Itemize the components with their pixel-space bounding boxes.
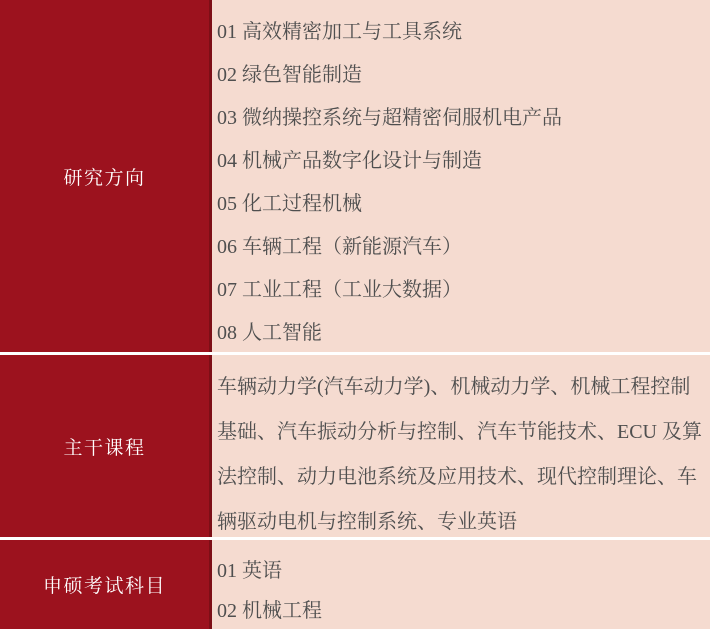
list-item: 01 高效精密加工与工具系统 [217,8,710,51]
exam-subjects-list: 01 英语 02 机械工程 [212,540,710,629]
table-row-exam-subjects: 申硕考试科目 01 英语 02 机械工程 [0,540,710,629]
list-item: 02 绿色智能制造 [217,51,710,94]
table-row-research-directions: 研究方向 01 高效精密加工与工具系统 02 绿色智能制造 03 微纳操控系统与… [0,0,710,355]
list-item: 03 微纳操控系统与超精密伺服机电产品 [217,94,710,137]
list-item: 01 英语 [217,548,710,589]
core-courses-text: 车辆动力学(汽车动力学)、机械动力学、机械工程控制基础、汽车振动分析与控制、汽车… [212,355,710,537]
list-item: 02 机械工程 [217,589,710,629]
list-item: 07 工业工程（工业大数据） [217,266,710,309]
program-info-table: 研究方向 01 高效精密加工与工具系统 02 绿色智能制造 03 微纳操控系统与… [0,0,710,629]
list-item: 08 人工智能 [217,309,710,352]
list-item: 05 化工过程机械 [217,180,710,223]
list-item: 06 车辆工程（新能源汽车） [217,223,710,266]
table-row-core-courses: 主干课程 车辆动力学(汽车动力学)、机械动力学、机械工程控制基础、汽车振动分析与… [0,355,710,540]
row-header-research-directions: 研究方向 [0,0,212,352]
list-item: 04 机械产品数字化设计与制造 [217,137,710,180]
row-header-core-courses: 主干课程 [0,355,212,537]
research-directions-list: 01 高效精密加工与工具系统 02 绿色智能制造 03 微纳操控系统与超精密伺服… [212,0,710,352]
row-header-exam-subjects: 申硕考试科目 [0,540,212,629]
